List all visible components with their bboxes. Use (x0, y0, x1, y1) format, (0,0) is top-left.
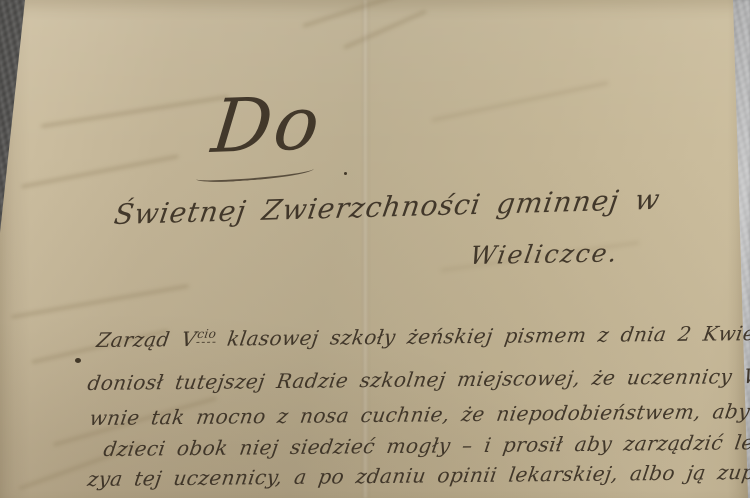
salutation-text: Do (208, 80, 325, 170)
address-line-2: Wieliczce. (468, 238, 621, 270)
ink-speck (344, 172, 347, 175)
body-line-1-pre: Zarząd V (95, 327, 198, 352)
body-line-1-superscript: cio (196, 327, 217, 343)
document-photo: Do Świetnej Zwierzchności gminnej w Wiel… (0, 0, 750, 498)
ink-speck (75, 358, 81, 363)
